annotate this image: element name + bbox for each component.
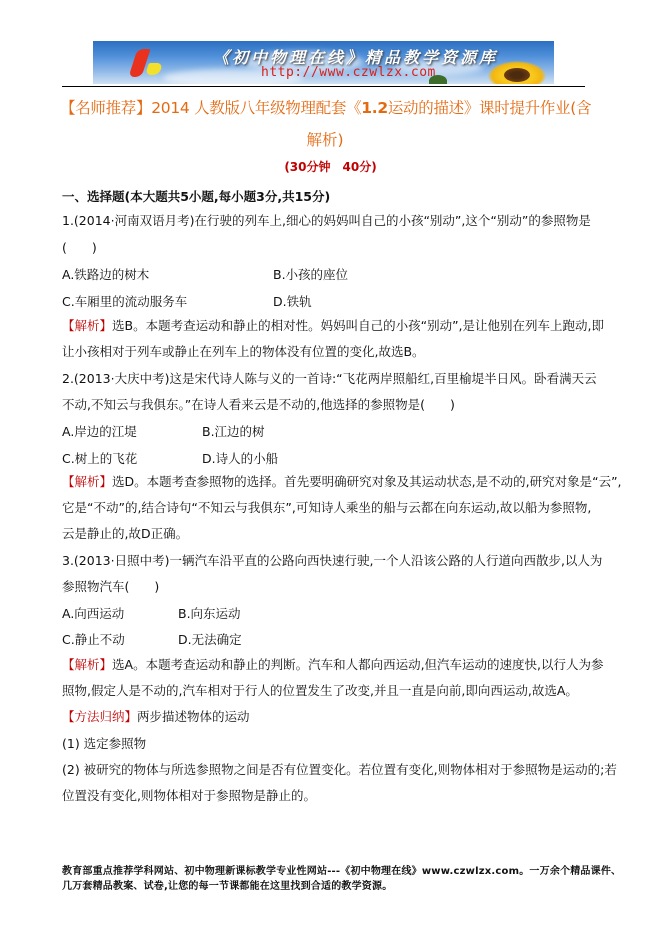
- section-heading: 一、选择题(本大题共5小题,每小题3分,共15分): [62, 187, 330, 205]
- header-divider: [62, 86, 585, 87]
- question-2-analysis-end: 云是静止的,故D正确。: [62, 526, 188, 542]
- analysis-tag: 【解析】: [62, 474, 112, 489]
- footer-line-1: 教育部重点推荐学科网站、初中物理新课标教学专业性网站---《初中物理在线》www…: [62, 862, 621, 877]
- method-step-2-cont: 位置没有变化,则物体相对于参照物是静止的。: [62, 788, 316, 804]
- question-3-option-c: C.静止不动: [62, 632, 125, 648]
- question-3-stem: 3.(2013·日照中考)一辆汽车沿平直的公路向西快速行驶,一个人沿该公路的人行…: [62, 553, 602, 569]
- title-suffix: 运动的描述》课时提升作业(含: [388, 99, 591, 117]
- method-step-2: (2) 被研究的物体与所选参照物之间是否有位置变化。若位置有变化,则物体相对于参…: [62, 762, 617, 778]
- footer-line-2: 几万套精品教案、试卷,让您的每一节课都能在这里找到合适的教学资源。: [62, 877, 392, 892]
- question-2-option-b: B.江边的树: [202, 424, 265, 440]
- question-1-stem-cont: ( ): [62, 240, 97, 256]
- question-3-option-a: A.向西运动: [62, 606, 124, 622]
- method-heading: 两步描述物体的运动: [137, 709, 250, 724]
- site-banner: 《初中物理在线》精品教学资源库 http://www.czwlzx.com: [93, 41, 554, 84]
- question-1-analysis-cont: 让小孩相对于列车或静止在列车上的物体没有位置的变化,故选B。: [62, 344, 425, 360]
- title-prefix: 【名师推荐】2014 人教版八年级物理配套《: [60, 99, 361, 117]
- question-2-option-a: A.岸边的江堤: [62, 424, 137, 440]
- question-3-analysis-cont: 照物,假定人是不动的,汽车相对于行人的位置发生了改变,并且一直是向前,即向西运动…: [62, 683, 578, 699]
- question-1-option-a: A.铁路边的树木: [62, 267, 149, 283]
- method-step-1: (1) 选定参照物: [62, 736, 146, 752]
- question-1-analysis: 【解析】选B。本题考查运动和静止的相对性。妈妈叫自己的小孩“别动”,是让他别在列…: [62, 318, 604, 334]
- method-tag: 【方法归纳】: [62, 709, 137, 724]
- question-3-analysis: 【解析】选A。本题考查运动和静止的判断。汽车和人都向西运动,但汽车运动的速度快,…: [62, 657, 604, 673]
- question-2-stem-cont: 不动,不知云与我俱东。”在诗人看来云是不动的,他选择的参照物是( ): [62, 397, 455, 413]
- question-1-option-d: D.铁轨: [273, 294, 312, 310]
- question-3-option-d: D.无法确定: [178, 632, 242, 648]
- document-title-line1: 【名师推荐】2014 人教版八年级物理配套《1.2运动的描述》课时提升作业(含: [60, 98, 590, 118]
- banner-url: http://www.czwlzx.com: [261, 65, 436, 80]
- question-1-option-c: C.车厢里的流动服务车: [62, 294, 187, 310]
- analysis-text: 选D。本题考查参照物的选择。首先要明确研究对象及其运动状态,是不动的,研究对象是…: [112, 474, 622, 489]
- question-1-stem: 1.(2014·河南双语月考)在行驶的列车上,细心的妈妈叫自己的小孩“别动”,这…: [62, 213, 591, 229]
- question-3-stem-cont: 参照物汽车( ): [62, 579, 159, 595]
- logo-icon: [145, 63, 163, 75]
- method-summary: 【方法归纳】两步描述物体的运动: [62, 709, 250, 725]
- time-and-score: (30分钟 40分): [0, 158, 661, 175]
- question-2-option-c: C.树上的飞花: [62, 451, 137, 467]
- leaf-icon: [429, 75, 447, 84]
- question-2-option-d: D.诗人的小船: [202, 451, 278, 467]
- question-2-analysis: 【解析】选D。本题考查参照物的选择。首先要明确研究对象及其运动状态,是不动的,研…: [62, 474, 622, 490]
- sunflower-icon: [488, 61, 546, 84]
- document-title-line2: 解析): [60, 130, 590, 150]
- question-1-option-b: B.小孩的座位: [273, 267, 348, 283]
- title-section-number: 1.2: [361, 99, 388, 117]
- analysis-text: 选A。本题考查运动和静止的判断。汽车和人都向西运动,但汽车运动的速度快,以行人为…: [112, 657, 604, 672]
- analysis-tag: 【解析】: [62, 318, 112, 333]
- question-2-analysis-cont: 它是“不动”的,结合诗句“不知云与我俱东”,可知诗人乘坐的船与云都在向东运动,故…: [62, 500, 591, 516]
- analysis-text: 选B。本题考查运动和静止的相对性。妈妈叫自己的小孩“别动”,是让他别在列车上跑动…: [112, 318, 604, 333]
- analysis-tag: 【解析】: [62, 657, 112, 672]
- question-3-option-b: B.向东运动: [178, 606, 241, 622]
- question-2-stem: 2.(2013·大庆中考)这是宋代诗人陈与义的一首诗:“飞花两岸照船红,百里榆堤…: [62, 371, 597, 387]
